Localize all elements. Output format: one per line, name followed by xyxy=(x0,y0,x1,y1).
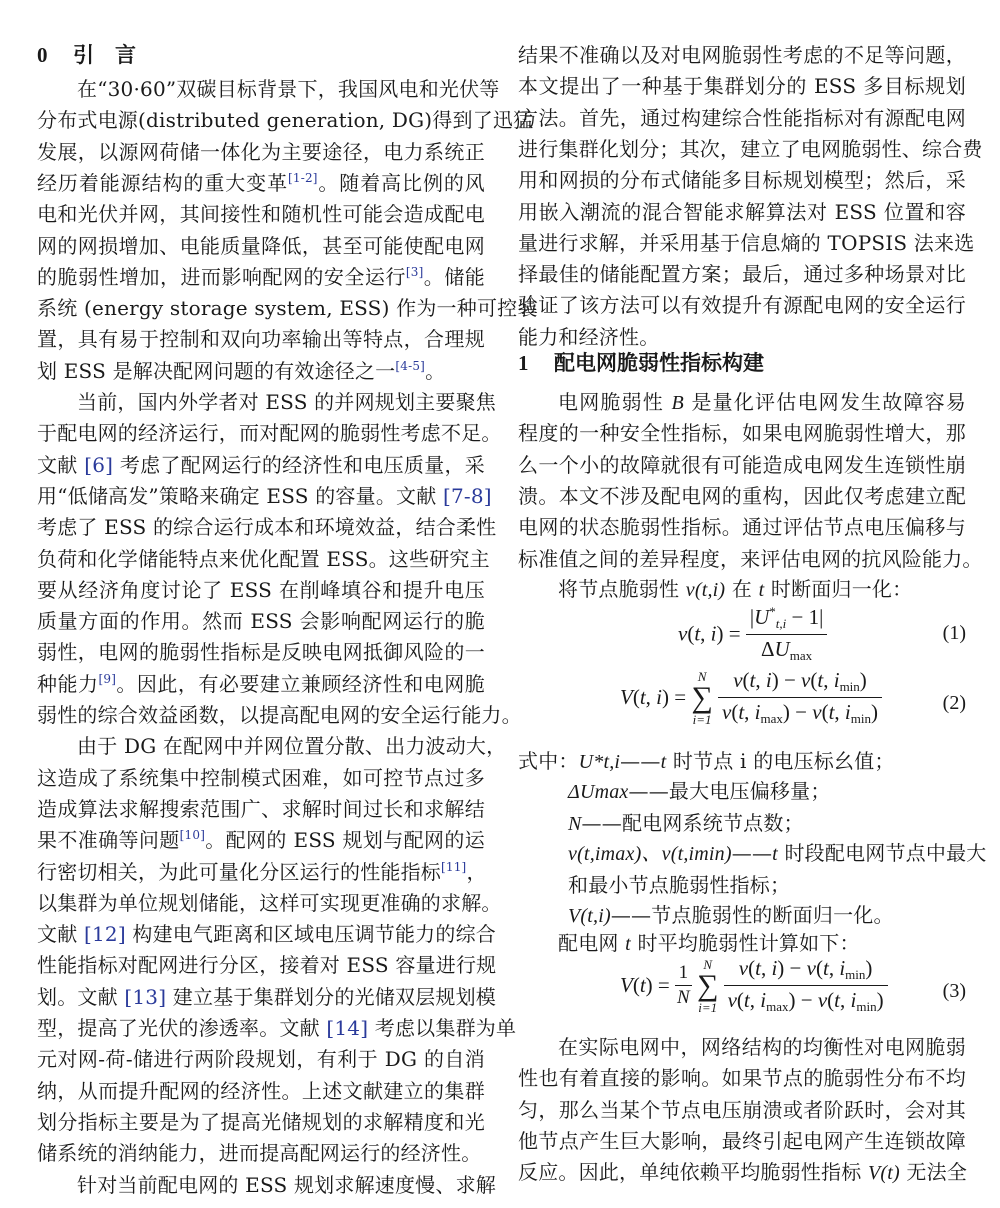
text-line: 电和光伏并网，其间接性和随机性可能会造成配电 xyxy=(37,197,485,231)
text-line: 划分指标主要是为了提高光储规划的求解精度和光 xyxy=(37,1105,485,1139)
text-line: 以集群为单位规划储能，这样可实现更准确的求解。 xyxy=(37,886,485,920)
text-line: 要从经济角度讨论了 ESS 在削峰填谷和提升电压 xyxy=(37,573,485,607)
citation-link[interactable]: [12] xyxy=(84,922,126,946)
text-line: 用“低储高发”策略来确定 ESS 的容量。文献 [7-8] xyxy=(37,479,485,513)
equation-number: (2) xyxy=(943,692,966,715)
text-line: 标准值之间的差异程度，来评估电网的抗风险能力。 xyxy=(518,542,966,576)
text-line: 溃。本文不涉及配电网的重构，因此仅考虑建立配 xyxy=(518,479,966,513)
definition-item: ΔUmax——最大电压偏移量； xyxy=(568,774,966,808)
text-line: 分布式电源(distributed generation, DG)得到了迅猛 xyxy=(37,103,485,137)
text-line: 负荷和化学储能特点来优化配置 ESS。这些研究主 xyxy=(37,542,485,576)
citation-link[interactable]: [11] xyxy=(441,860,466,874)
text-line: 量进行求解，并采用基于信息熵的 TOPSIS 法来选 xyxy=(518,226,966,260)
text-line: 由于 DG 在配网中并网位置分散、出力波动大， xyxy=(77,729,485,763)
text-line: 划 ESS 是解决配网问题的有效途径之一[4-5]。 xyxy=(37,354,485,388)
text-line: 性也有着直接的影响。如果节点的脆弱性分布不均 xyxy=(518,1061,966,1095)
citation-link[interactable]: [3] xyxy=(406,265,424,279)
text-line: 在实际电网中，网络结构的均衡性对电网脆弱 xyxy=(558,1030,966,1064)
text-line: 性能指标对配网进行分区，接着对 ESS 容量进行规 xyxy=(37,948,485,982)
citation-link[interactable]: [1-2] xyxy=(288,171,318,185)
text-line: 方法。首先，通过构建综合性能指标对有源配电网 xyxy=(518,101,966,135)
text-line: 考虑了 ESS 的综合运行成本和环境效益，结合柔性 xyxy=(37,510,485,544)
citation-link[interactable]: [10] xyxy=(180,828,205,842)
text-line: 电网脆弱性 B 是量化评估电网发生故障容易 xyxy=(558,385,966,419)
equation-3: V(t) = 1N N∑i=1 v(t, i) − v(t, imin) v(t… xyxy=(518,956,966,1036)
section-number: 1 xyxy=(518,346,554,380)
text-line: 系统 (energy storage system, ESS) 作为一种可控装 xyxy=(37,291,485,325)
text-line: 发展，以源网荷储一体化为主要途径，电力系统正 xyxy=(37,135,485,169)
citation-link[interactable]: [14] xyxy=(326,1016,368,1040)
citation-link[interactable]: [6] xyxy=(84,453,113,477)
text-line: 文献 [12] 构建电气距离和区域电压调节能力的综合 xyxy=(37,917,485,951)
text-line: 验证了该方法可以有效提升有源配电网的安全运行 xyxy=(518,288,966,322)
text-line: 在“30·60”双碳目标背景下，我国风电和光伏等 xyxy=(77,72,485,106)
text-line: 这造成了系统集中控制模式困难，如可控节点过多 xyxy=(37,761,485,795)
text-line: 用嵌入潮流的混合智能求解算法对 ESS 位置和容 xyxy=(518,195,966,229)
normalize-intro: 将节点脆弱性 v(t,i) 在 t 时断面归一化： xyxy=(558,572,966,606)
equation-number: (3) xyxy=(943,980,966,1003)
citation-link[interactable]: [7-8] xyxy=(443,484,492,508)
section-title: 引 言 xyxy=(73,42,136,67)
text-line: 匀，那么当某个节点电压崩溃或者阶跃时，会对其 xyxy=(518,1093,966,1127)
section-title: 配电网脆弱性指标构建 xyxy=(554,350,764,375)
text-line: 么一个小的故障就很有可能造成电网发生连锁性崩 xyxy=(518,448,966,482)
text-line: 置，具有易于控制和双向功率输出等特点，合理规 xyxy=(37,322,485,356)
definition-symbol: U*t,i xyxy=(579,751,621,773)
text-line: 于配电网的经济运行，而对配网的脆弱性考虑不足。 xyxy=(37,416,485,450)
text-line: 造成算法求解搜索范围广、求解时间过长和求解结 xyxy=(37,792,485,826)
text-line: 元对网-荷-储进行两阶段规划，有利于 DG 的自消 xyxy=(37,1042,485,1076)
avg-intro: 配电网 t 时平均脆弱性计算如下： xyxy=(558,926,966,960)
equation-1: v(t, i) = |U*t,i − 1| ΔUmax (1) xyxy=(518,604,966,668)
definition-symbol: v(t,imax)、v(t,imin) xyxy=(568,843,732,865)
text-line: 经历着能源结构的重大变革[1-2]。随着高比例的风 xyxy=(37,166,485,200)
text-line: 纳，从而提升配网的经济性。上述文献建立的集群 xyxy=(37,1074,485,1108)
text-line: 的脆弱性增加，进而影响配网的安全运行[3]。储能 xyxy=(37,260,485,294)
text-line: 针对当前配电网的 ESS 规划求解速度慢、求解 xyxy=(77,1168,485,1202)
text-line: 储系统的消纳能力，进而提高配网运行的经济性。 xyxy=(37,1136,485,1170)
citation-link[interactable]: [4-5] xyxy=(395,359,425,373)
definition-symbol: ΔUmax xyxy=(568,781,629,803)
text-line: 进行集群化划分；其次，建立了电网脆弱性、综合费 xyxy=(518,132,966,166)
text-line: 文献 [6] 考虑了配网运行的经济性和电压质量，采 xyxy=(37,448,485,482)
definition-symbol: V(t,i) xyxy=(568,905,611,927)
equation-2: V(t, i) = N∑i=1 v(t, i) − v(t, imin) v(t… xyxy=(518,668,966,746)
equation-number: (1) xyxy=(943,622,966,645)
text-line: 划。文献 [13] 建立基于集群划分的光储双层规划模 xyxy=(37,980,485,1014)
section-heading-0: 0引 言 xyxy=(37,38,136,72)
text-line: 程度的一种安全性指标，如果电网脆弱性增大，那 xyxy=(518,416,966,450)
text-line: 择最佳的储能配置方案；最后，通过多种场景对比 xyxy=(518,257,966,291)
citation-link[interactable]: [9] xyxy=(98,672,116,686)
text-line: 他节点产生巨大影响，最终引起电网产生连锁故障 xyxy=(518,1124,966,1158)
text-line: 行密切相关，为此可量化分区运行的性能指标[11]， xyxy=(37,855,485,889)
definition-symbol: N xyxy=(568,813,582,835)
text-line: 反应。因此，单纯依赖平均脆弱性指标 V(t) 无法全 xyxy=(518,1155,966,1189)
text-line: 种能力[9]。因此，有必要建立兼顾经济性和电网脆 xyxy=(37,667,485,701)
citation-link[interactable]: [13] xyxy=(124,985,166,1009)
text-line: 果不准确等问题[10]。配网的 ESS 规划与配网的运 xyxy=(37,823,485,857)
text-line: 当前，国内外学者对 ESS 的并网规划主要聚焦 xyxy=(77,385,485,419)
text-line: 电网的状态脆弱性指标。通过评估节点电压偏移与 xyxy=(518,510,966,544)
text-line: 结果不准确以及对电网脆弱性考虑的不足等问题， xyxy=(518,38,966,72)
definition-item: 和最小节点脆弱性指标； xyxy=(568,868,966,902)
definition-item: N——配电网系统节点数； xyxy=(568,806,966,840)
text-line: 用和网损的分布式储能多目标规划模型；然后，采 xyxy=(518,163,966,197)
definition-item: v(t,imax)、v(t,imin)——t 时段配电网节点中最大 xyxy=(568,836,966,870)
text-line: 弱性，电网的脆弱性指标是反映电网抵御风险的一 xyxy=(37,635,485,669)
section-heading-1: 1配电网脆弱性指标构建 xyxy=(518,346,764,380)
definition-item: 式中：U*t,i——t 时节点 i 的电压标幺值； xyxy=(518,744,966,778)
text-line: 质量方面的作用。然而 ESS 会影响配网运行的脆 xyxy=(37,604,485,638)
text-line: 本文提出了一种基于集群划分的 ESS 多目标规划 xyxy=(518,69,966,103)
text-line: 网的网损增加、电能质量降低，甚至可能使配电网 xyxy=(37,229,485,263)
text-line: 型，提高了光伏的渗透率。文献 [14] 考虑以集群为单 xyxy=(37,1011,485,1045)
text-line: 弱性的综合效益函数，以提高配电网的安全运行能力。 xyxy=(37,698,485,732)
section-number: 0 xyxy=(37,38,73,72)
